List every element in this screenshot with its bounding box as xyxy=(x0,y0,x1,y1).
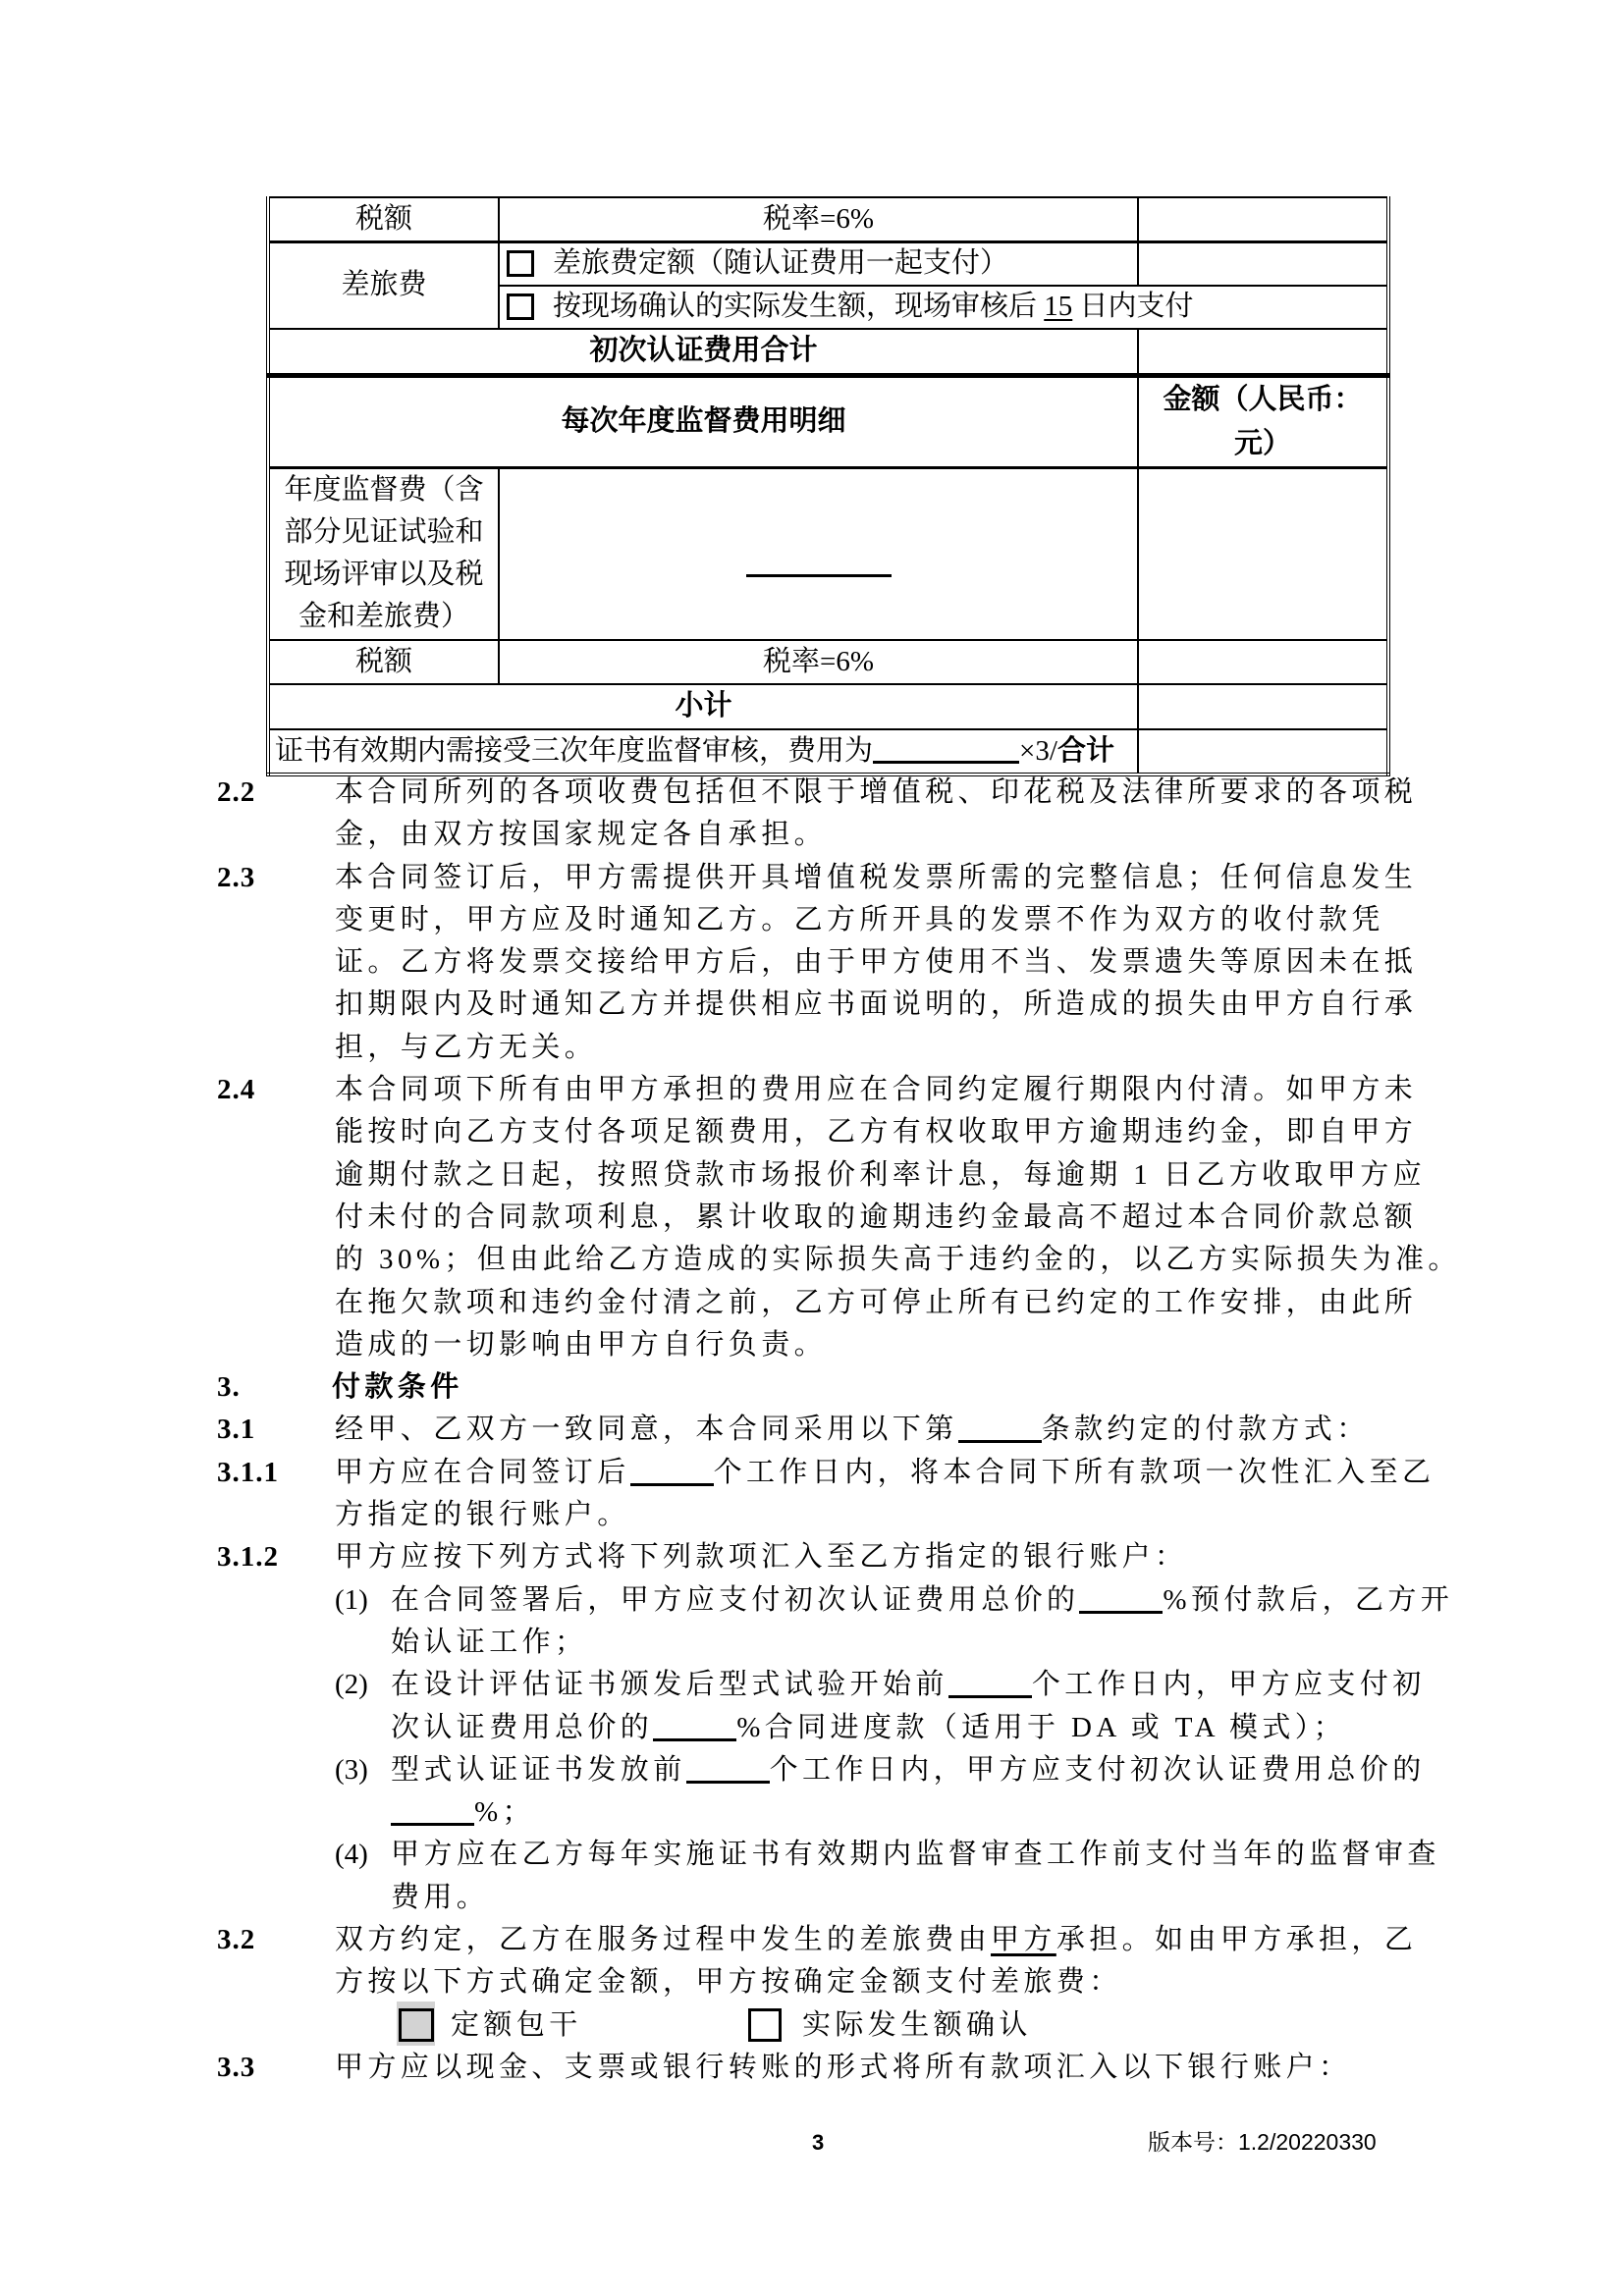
subtotal-label: 小计 xyxy=(268,684,1138,729)
clause-line: 本合同所列的各项收费包括但不限于增值税、印花税及法律所要求的各项税 xyxy=(335,772,1624,814)
sub-item-2: (2)在设计评估证书颁发后型式试验开始前个工作日内，甲方应支付初 xyxy=(335,1664,1624,1706)
clause-line: 甲方应按下列方式将下列款项汇入至乙方指定的银行账户： xyxy=(335,1536,1624,1578)
final-percent-blank[interactable] xyxy=(391,1800,474,1826)
clause-text: 承担。如由甲方承担，乙 xyxy=(1056,1924,1417,1955)
sub-item-3: (3)型式认证证书发放前个工作日内，甲方应支付初次认证费用总价的 xyxy=(335,1749,1624,1791)
travel-label: 差旅费 xyxy=(268,241,499,329)
clause-line: 造成的一切影响由甲方自行负责。 xyxy=(335,1324,1624,1366)
sub-item-2-continued: 次认证费用总价的%合同进度款（适用于 DA 或 TA 模式）； xyxy=(335,1707,1624,1749)
clause-line: 能按时向乙方支付各项足额费用，乙方有权收取甲方逾期违约金，即自甲方 xyxy=(335,1111,1624,1153)
initial-tax-label: 税额 xyxy=(268,197,499,241)
initial-total-amount xyxy=(1138,329,1388,375)
initial-tax-row: 税额 税率=6% xyxy=(268,197,1388,241)
clause-line: 本合同签订后，甲方需提供开具增值税发票所需的完整信息；任何信息发生 xyxy=(335,857,1624,899)
amount-header-line: 金额（人民币： xyxy=(1145,378,1380,422)
item-text: 甲方应在乙方每年实施证书有效期内监督审查工作前支付当年的监督审查 xyxy=(391,1839,1440,1870)
clause-number: 3.1.1 xyxy=(217,1452,279,1494)
sub-item-4: (4)甲方应在乙方每年实施证书有效期内监督审查工作前支付当年的监督审查 xyxy=(335,1834,1624,1876)
clause-number: 3.2 xyxy=(217,1919,255,1961)
clause-3-2: 3.2 双方约定，乙方在服务过程中发生的差旅费由甲方承担。如由甲方承担，乙 方按… xyxy=(0,1919,1624,2047)
travel-actual-checkbox[interactable] xyxy=(507,294,534,320)
clause-line: 甲方应以现金、支票或银行转账的形式将所有款项汇入以下银行账户： xyxy=(335,2047,1624,2089)
subtotal-row: 小计 xyxy=(268,684,1388,729)
clause-line: 担，与乙方无关。 xyxy=(335,1027,1624,1069)
item-text: %； xyxy=(474,1796,535,1828)
clause-line: 扣期限内及时通知乙方并提供相应书面说明的，所造成的损失由甲方自行承 xyxy=(335,984,1624,1026)
clause-3-1: 3.1 经甲、乙双方一致同意，本合同采用以下第条款约定的付款方式： xyxy=(0,1409,1624,1451)
clause-number: 3.1.2 xyxy=(217,1536,279,1578)
expense-bearer: 甲方 xyxy=(991,1924,1056,1955)
annual-fee-label: 年度监督费（含 部分见证试验和 现场评审以及税 金和差旅费） xyxy=(268,467,499,640)
travel-fixed-row: 差旅费 差旅费定额（随认证费用一起支付） xyxy=(268,241,1388,286)
travel-actual-text-before: 按现场确认的实际发生额，现场审核后 xyxy=(553,291,1044,322)
annual-fee-label-line: 现场评审以及税 xyxy=(276,554,492,596)
annual-fee-label-line: 部分见证试验和 xyxy=(276,511,492,554)
clause-line: 金，由双方按国家规定各自承担。 xyxy=(335,814,1624,856)
item-text: 次认证费用总价的 xyxy=(391,1712,653,1743)
clause-text: 双方约定，乙方在服务过程中发生的差旅费由 xyxy=(335,1924,991,1955)
amount-column-header: 金额（人民币： 元） xyxy=(1138,375,1388,467)
initial-total-row: 初次认证费用合计 xyxy=(268,329,1388,375)
clause-line: 付未付的合同款项利息，累计收取的逾期违约金最高不超过本合同价款总额 xyxy=(335,1197,1624,1239)
clause-3-3: 3.3 甲方应以现金、支票或银行转账的形式将所有款项汇入以下银行账户： xyxy=(0,2047,1624,2089)
annual-tax-row: 税额 税率=6% xyxy=(268,640,1388,684)
travel-settlement-options: 定额包干 实际发生额确认 xyxy=(335,2004,1624,2047)
clause-number-blank[interactable] xyxy=(958,1417,1042,1443)
annual-header-row: 每次年度监督费用明细 金额（人民币： 元） xyxy=(268,375,1388,467)
annual-tax-label: 税额 xyxy=(268,640,499,684)
amount-header-line: 元） xyxy=(1145,422,1380,466)
section-3-heading: 3. 付款条件 xyxy=(0,1366,1624,1409)
clause-line: 方指定的银行账户。 xyxy=(335,1494,1624,1536)
multiplier: ×3/ xyxy=(1019,735,1057,767)
document-page: 税额 税率=6% 差旅费 差旅费定额（随认证费用一起支付） 按现场确认的实际发生… xyxy=(0,0,1624,2296)
item-text: 在设计评估证书颁发后型式试验开始前 xyxy=(391,1669,948,1700)
annual-fee-label-line: 金和差旅费） xyxy=(276,596,492,638)
annual-fee-row: 年度监督费（含 部分见证试验和 现场评审以及税 金和差旅费） xyxy=(268,467,1388,640)
initial-tax-rate: 税率=6% xyxy=(499,197,1138,241)
annual-tax-rate: 税率=6% xyxy=(499,640,1138,684)
sub-item-4-continued: 费用。 xyxy=(335,1877,1624,1919)
item-text: 个工作日内，甲方应支付初次认证费用总价的 xyxy=(770,1754,1426,1786)
clause-number: 3.3 xyxy=(217,2047,255,2089)
clause-line: 双方约定，乙方在服务过程中发生的差旅费由甲方承担。如由甲方承担，乙 xyxy=(335,1919,1624,1961)
contract-body: 2.2 本合同所列的各项收费包括但不限于增值税、印花税及法律所要求的各项税 金，… xyxy=(0,772,1624,2089)
clause-text: 条款约定的付款方式： xyxy=(1042,1414,1370,1445)
annual-tax-amount xyxy=(1138,640,1388,684)
subtotal-amount xyxy=(1138,684,1388,729)
sub-item-1-continued: 始认证工作； xyxy=(335,1622,1624,1664)
clause-2-2: 2.2 本合同所列的各项收费包括但不限于增值税、印花税及法律所要求的各项税 金，… xyxy=(0,772,1624,857)
annual-section-title: 每次年度监督费用明细 xyxy=(268,375,1138,467)
annual-fee-label-line: 年度监督费（含 xyxy=(276,469,492,511)
version-number: 版本号：1.2/20220330 xyxy=(1148,2131,1377,2154)
clause-line: 经甲、乙双方一致同意，本合同采用以下第条款约定的付款方式： xyxy=(335,1409,1624,1451)
initial-tax-amount xyxy=(1138,197,1388,241)
actual-amount-checkbox[interactable] xyxy=(748,2008,782,2042)
travel-fixed-amount xyxy=(1138,241,1388,286)
clause-line: 甲方应在合同签订后个工作日内，将本合同下所有款项一次性汇入至乙 xyxy=(335,1452,1624,1494)
certificate-total-amount xyxy=(1138,729,1388,774)
clause-2-3: 2.3 本合同签订后，甲方需提供开具增值税发票所需的完整信息；任何信息发生 变更… xyxy=(0,857,1624,1069)
prepayment-percent-blank[interactable] xyxy=(1079,1588,1163,1614)
item-marker: (3) xyxy=(335,1749,391,1791)
clause-2-4: 2.4 本合同项下所有由甲方承担的费用应在合同约定履行期限内付清。如甲方未 能按… xyxy=(0,1069,1624,1366)
item-marker: (1) xyxy=(335,1579,391,1622)
clause-text: 经甲、乙双方一致同意，本合同采用以下第 xyxy=(335,1414,958,1445)
clause-line: 证。乙方将发票交接给甲方后，由于甲方使用不当、发票遗失等原因未在抵 xyxy=(335,941,1624,984)
item-marker: (2) xyxy=(335,1664,391,1706)
item-text: 型式认证证书发放前 xyxy=(391,1754,686,1786)
working-days-blank[interactable] xyxy=(948,1673,1032,1698)
travel-fixed-text: 差旅费定额（随认证费用一起支付） xyxy=(553,247,1008,279)
item-marker: (4) xyxy=(335,1834,391,1876)
fixed-lump-sum-label: 定额包干 xyxy=(451,2004,582,2047)
clause-line: 在拖欠款项和违约金付清之前，乙方可停止所有已约定的工作安排，由此所 xyxy=(335,1282,1624,1324)
fixed-lump-sum-checkbox[interactable] xyxy=(399,2008,434,2042)
annual-fee-blank-field[interactable] xyxy=(873,740,1019,764)
item-text: 个工作日内，甲方应支付初 xyxy=(1032,1669,1426,1700)
certificate-total-text: 证书有效期内需接受三次年度监督审核，费用为×3/合计 xyxy=(268,729,1138,774)
travel-actual-text-after: 日内支付 xyxy=(1072,291,1193,322)
working-days-blank[interactable] xyxy=(686,1758,770,1784)
sub-item-1: (1)在合同签署后，甲方应支付初次认证费用总价的%预付款后，乙方开 xyxy=(335,1579,1624,1622)
payment-days-value: 15 xyxy=(1044,291,1072,322)
section-number: 3. xyxy=(217,1366,241,1409)
certificate-total-row: 证书有效期内需接受三次年度监督审核，费用为×3/合计 xyxy=(268,729,1388,774)
clause-text: 个工作日内，将本合同下所有款项一次性汇入至乙 xyxy=(714,1457,1435,1488)
section-title: 付款条件 xyxy=(332,1366,1624,1409)
sub-item-3-continued: %； xyxy=(335,1791,1624,1834)
clause-number: 2.3 xyxy=(217,857,255,899)
initial-total-label: 初次认证费用合计 xyxy=(268,329,1138,375)
clause-line: 的 30%；但由此给乙方造成的实际损失高于违约金的，以乙方实际损失为准。 xyxy=(335,1239,1624,1281)
actual-amount-label: 实际发生额确认 xyxy=(802,2004,1032,2047)
clause-number: 2.4 xyxy=(217,1069,255,1111)
travel-option-actual: 按现场确认的实际发生额，现场审核后 15 日内支付 xyxy=(499,286,1388,329)
item-text: 在合同签署后，甲方应支付初次认证费用总价的 xyxy=(391,1584,1079,1616)
annual-fee-value-cell xyxy=(499,467,1138,640)
item-text: %预付款后，乙方开 xyxy=(1163,1584,1453,1616)
page-number: 3 xyxy=(812,2132,824,2154)
travel-fixed-checkbox[interactable] xyxy=(507,250,534,277)
clause-line: 方按以下方式确定金额，甲方按确定金额支付差旅费： xyxy=(335,1961,1624,2003)
clause-line: 本合同项下所有由甲方承担的费用应在合同约定履行期限内付清。如甲方未 xyxy=(335,1069,1624,1111)
clause-number: 3.1 xyxy=(217,1409,255,1451)
clause-line: 变更时，甲方应及时通知乙方。乙方所开具的发票不作为双方的收付款凭 xyxy=(335,899,1624,941)
annual-fee-blank[interactable] xyxy=(746,574,892,577)
working-days-blank[interactable] xyxy=(630,1461,714,1486)
clause-3-1-1: 3.1.1 甲方应在合同签订后个工作日内，将本合同下所有款项一次性汇入至乙 方指… xyxy=(0,1452,1624,1537)
clause-number: 2.2 xyxy=(217,772,255,814)
travel-option-fixed: 差旅费定额（随认证费用一起支付） xyxy=(499,241,1138,286)
progress-percent-blank[interactable] xyxy=(653,1716,736,1741)
total-label: 合计 xyxy=(1057,735,1114,767)
item-text: %合同进度款（适用于 DA 或 TA 模式）； xyxy=(736,1712,1346,1743)
fee-table: 税额 税率=6% 差旅费 差旅费定额（随认证费用一起支付） 按现场确认的实际发生… xyxy=(266,196,1390,776)
certificate-total-description: 证书有效期内需接受三次年度监督审核，费用为 xyxy=(275,735,873,767)
clause-3-1-2: 3.1.2 甲方应按下列方式将下列款项汇入至乙方指定的银行账户： (1)在合同签… xyxy=(0,1536,1624,1919)
annual-fee-amount xyxy=(1138,467,1388,640)
clause-text: 甲方应在合同签订后 xyxy=(335,1457,630,1488)
clause-line: 逾期付款之日起，按照贷款市场报价利率计息，每逾期 1 日乙方收取甲方应 xyxy=(335,1154,1624,1197)
